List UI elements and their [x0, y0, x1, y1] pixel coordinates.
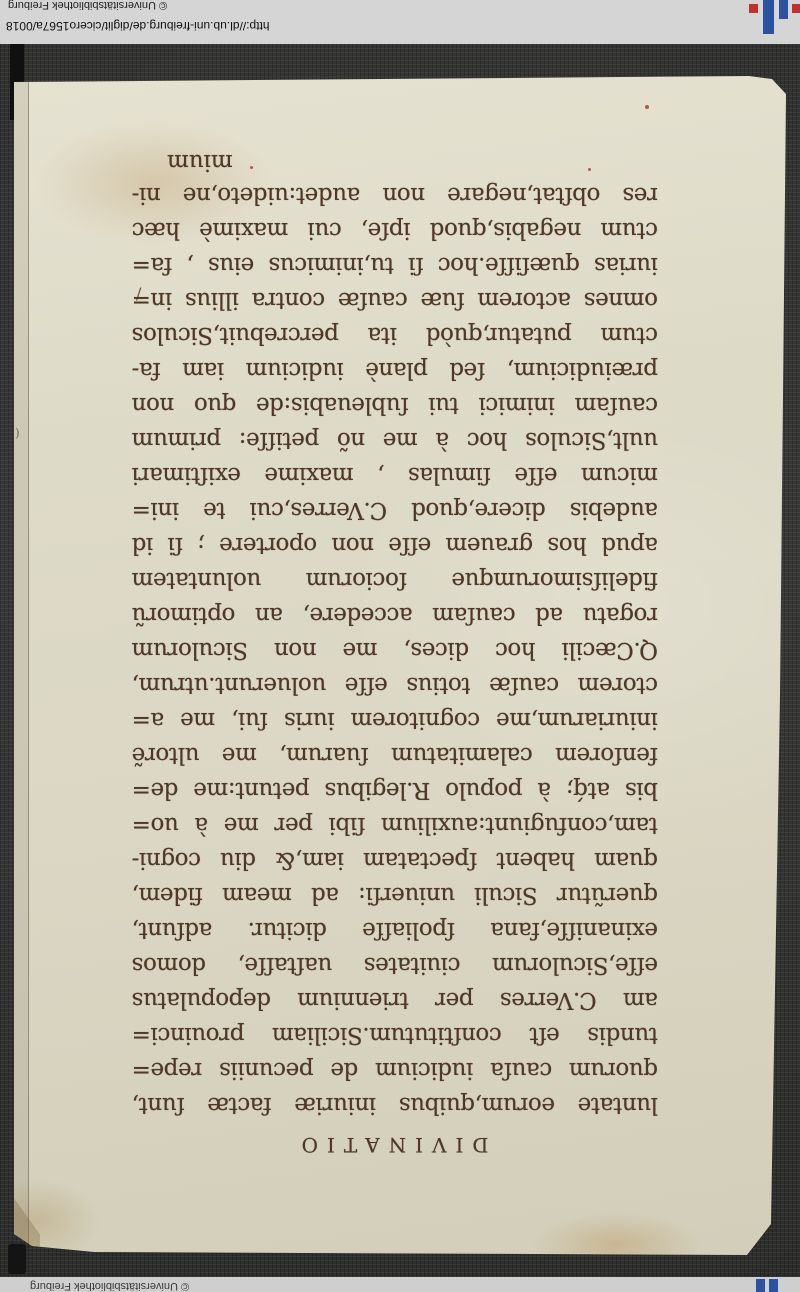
text-line: micum eſſe ſimulas , maxime exiſtimari	[132, 457, 658, 492]
logo-red-block	[749, 4, 758, 13]
text-line: apud hos grauem eſſe non oportere ; ſi i…	[132, 527, 658, 562]
ub-freiburg-logo-icon	[745, 0, 800, 44]
catchword: mium	[132, 147, 658, 177]
text-lines: luntate eorum,quibus iniuriæ factæ ſunt,…	[132, 177, 658, 1122]
page-text-block: DIVINATIO luntate eorum,quibus iniuriæ f…	[132, 147, 658, 1158]
text-line: am C.Verres per triennium depopulatus	[132, 982, 658, 1017]
text-line: exinaniſſe,fana ſpoliaſſe dicitur. adſun…	[132, 912, 658, 947]
watermark-bar-top: © Universitätsbibliothek Freiburg http:/…	[0, 0, 800, 44]
text-line: fideliſsimorumque ſociorum uoluntatem	[132, 562, 658, 597]
copyright-text: © Universitätsbibliothek Freiburg	[8, 0, 167, 11]
page-heading: DIVINATIO	[132, 1132, 658, 1158]
ink-speck	[645, 105, 649, 109]
book-photo: / ) DIVINATIO luntate eorum,quibus iniur…	[0, 44, 800, 1277]
copyright-text: © Universitätsbibliothek Freiburg	[30, 1280, 189, 1292]
logo-blue-bar	[763, 0, 774, 34]
text-line: præiudicium, ſed planè iudicium iam fa-	[132, 352, 658, 387]
text-line: rogatu ad cauſam accedere, an optimorũ	[132, 597, 658, 632]
text-line: quorum cauſa iudicium de pecuniis repe=	[132, 1052, 658, 1087]
text-line: fenſorem calamitatum ſuarum, me ultorẽ	[132, 737, 658, 772]
text-line: ctum putatur,quòd ita percrebuit,Siculos	[132, 317, 658, 352]
book-page: / ) DIVINATIO luntate eorum,quibus iniur…	[14, 76, 787, 1256]
text-line: tam,confugiunt:auxilium ſibi per me à uo…	[132, 807, 658, 842]
margin-mark: )	[15, 426, 20, 440]
text-line: Q.Cæcili hoc dices, me non Siculorum	[132, 632, 658, 667]
text-line: iurias quæſiſſe.hoc ſi tu,inimicus eius …	[132, 247, 658, 282]
text-line: bis atq́; à populo R.legibus petunt:me d…	[132, 772, 658, 807]
image-url-text: http://dl.ub.uni-freiburg.de/diglit/cice…	[6, 19, 270, 33]
text-line: quam habent ſpectatam iam,& diu cogni-	[132, 842, 658, 877]
watermark-bar-bottom: © Universitätsbibliothek Freiburg	[0, 1277, 800, 1292]
text-line: cauſam inimici tui ſubleuabis:de quo non	[132, 387, 658, 422]
logo-red-block	[792, 4, 800, 13]
text-line: querũtur Siculi uniuerſi: ad meam fidem,	[132, 877, 658, 912]
backdrop-shadow-blob	[8, 1244, 26, 1274]
text-line: luntate eorum,quibus iniuriæ factæ ſunt,	[132, 1087, 658, 1122]
text-line: ctorem cauſæ totius eſſe uoluerunt.utrum…	[132, 667, 658, 702]
text-line: iniuriarum,me cognitorem iuris ſui, me a…	[132, 702, 658, 737]
text-line: ctum negabis,quod ipſe, cui maximè hæc	[132, 212, 658, 247]
text-line: omnes actorem ſuæ cauſæ contra illius in…	[132, 282, 658, 317]
text-line: audebis dicere,quod C.Verres,cui te ini=	[132, 492, 658, 527]
text-line: res obſtat,negare non audet:uideto,ne ni…	[132, 177, 658, 212]
ub-freiburg-logo-partial-icon	[769, 1279, 778, 1292]
page-fold-edge	[14, 76, 29, 1256]
text-line: eſſe,Siculorum ciuitates uaſtaſſe, domos	[132, 947, 658, 982]
screenshot-viewport: / ) DIVINATIO luntate eorum,quibus iniur…	[0, 0, 800, 1292]
text-line: uult,Siculos hoc à me nõ petiſſe: primum	[132, 422, 658, 457]
logo-blue-bar	[779, 0, 788, 19]
ub-freiburg-logo-partial-icon	[756, 1279, 765, 1292]
text-line: tundis eſt conſtitutum.Siciliam prouinci…	[132, 1017, 658, 1052]
